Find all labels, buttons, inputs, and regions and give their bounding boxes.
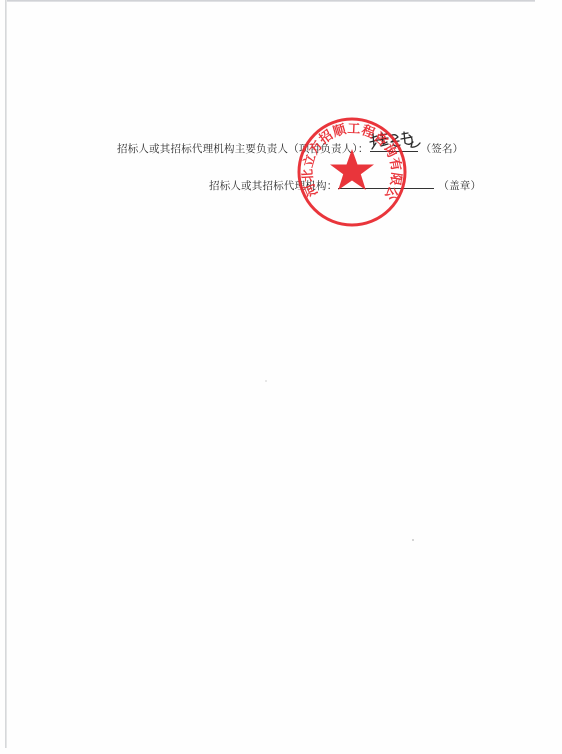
- scan-edge-top: [5, 0, 535, 2]
- scan-speck: [265, 380, 267, 382]
- scan-edge-left: [5, 0, 7, 748]
- scanned-page: 招标人或其招标代理机构主要负责人（项目负责人）：（签名） 招标人或其招标代理机构…: [0, 0, 562, 754]
- signature-suffix: （签名）: [421, 143, 464, 155]
- seal-star-icon: [330, 149, 374, 190]
- company-seal: 河北立方招顺工程咨询有限公司: [296, 116, 408, 228]
- scan-speck: [412, 539, 414, 541]
- seal-suffix: （盖章）: [438, 180, 481, 192]
